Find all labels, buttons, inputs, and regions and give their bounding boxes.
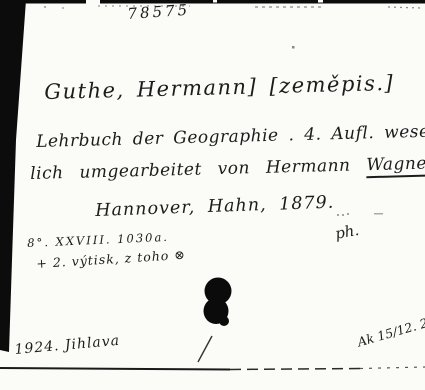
underlined-editor-name: Wagner. — [366, 153, 425, 178]
catalog-card: 78575 Guthe, Hermann] [zeměpis.] Lehrbuc… — [0, 0, 425, 390]
pen-stroke — [198, 336, 212, 362]
card-bottom-edge — [0, 367, 425, 370]
scan-artifacts — [0, 0, 425, 390]
scan-edge-top — [0, 0, 425, 9]
scan-edge-left — [0, 0, 26, 352]
ink-blot — [204, 278, 232, 327]
